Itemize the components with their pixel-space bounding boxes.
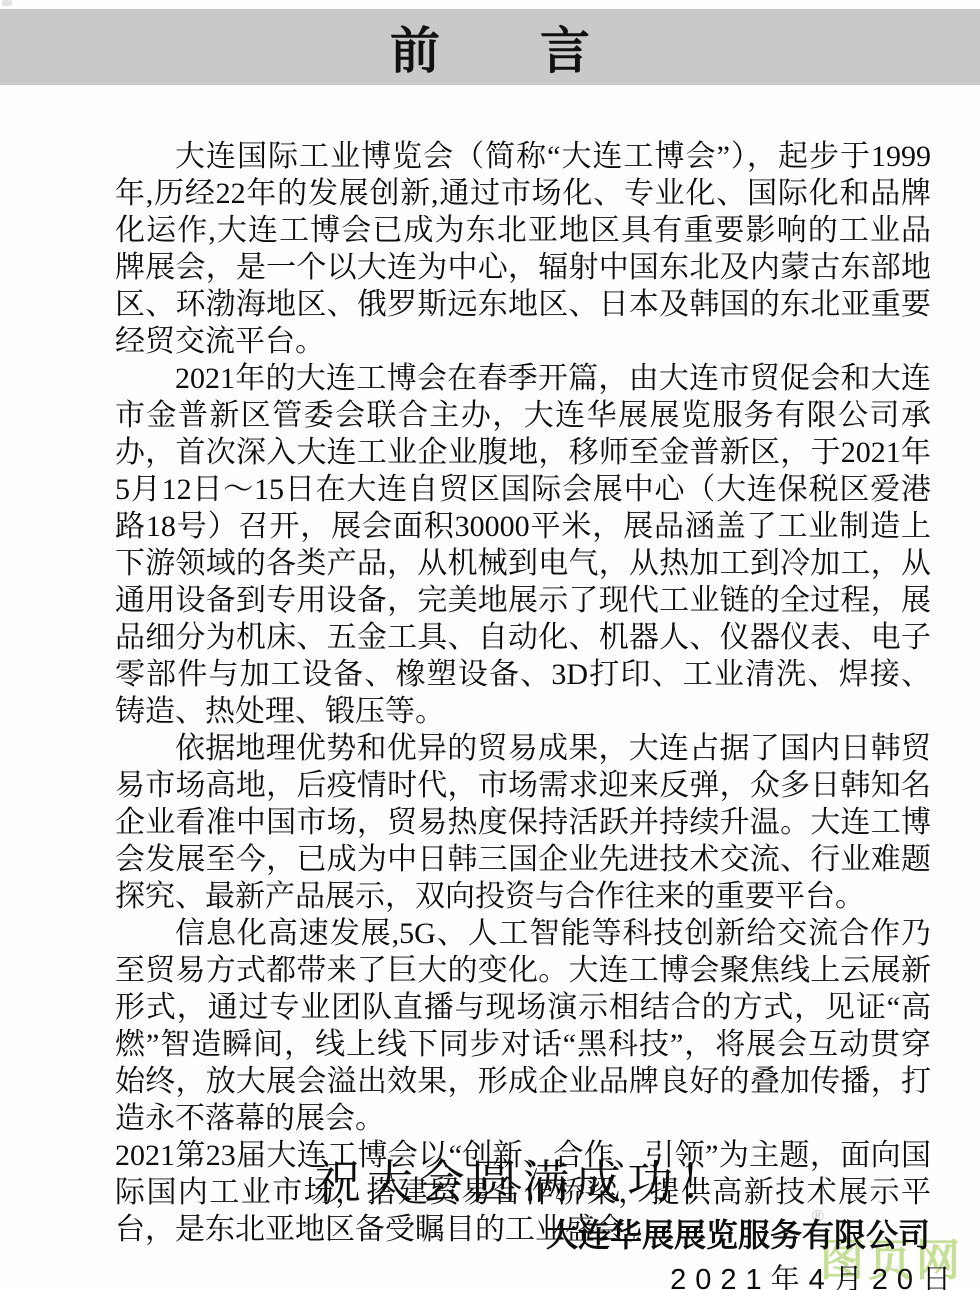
paragraph-online-expo: 信息化高速发展,5G、人工智能等科技创新给交流合作乃至贸易方式都带来了巨大的变化… (115, 915, 931, 1137)
signature-date: 2021年4月20日 (670, 1257, 960, 1290)
paragraph-2021-expo: 2021年的大连工博会在春季开篇，由大连市贸促会和大连市金普新区管委会联合主办，… (115, 360, 931, 730)
body-text: 大连国际工业博览会（简称“大连工博会”），起步于1999年,历经22年的发展创新… (115, 138, 931, 1248)
title-bar: 前 言 (0, 9, 980, 85)
scan-artifact (2, 0, 12, 6)
closing-wish: 祝大会圆满成功！ (115, 1146, 931, 1212)
document-page: 前 言 大连国际工业博览会（简称“大连工博会”），起步于1999年,历经22年的… (0, 0, 980, 1290)
signature-company: 大连华展展览服务有限公司 (546, 1210, 930, 1256)
paragraph-trade-advantage: 依据地理优势和优异的贸易成果，大连占据了国内日韩贸易市场高地，后疫情时代，市场需… (115, 730, 931, 915)
paragraph-intro: 大连国际工业博览会（简称“大连工博会”），起步于1999年,历经22年的发展创新… (115, 138, 931, 360)
page-title: 前 言 (390, 11, 590, 83)
